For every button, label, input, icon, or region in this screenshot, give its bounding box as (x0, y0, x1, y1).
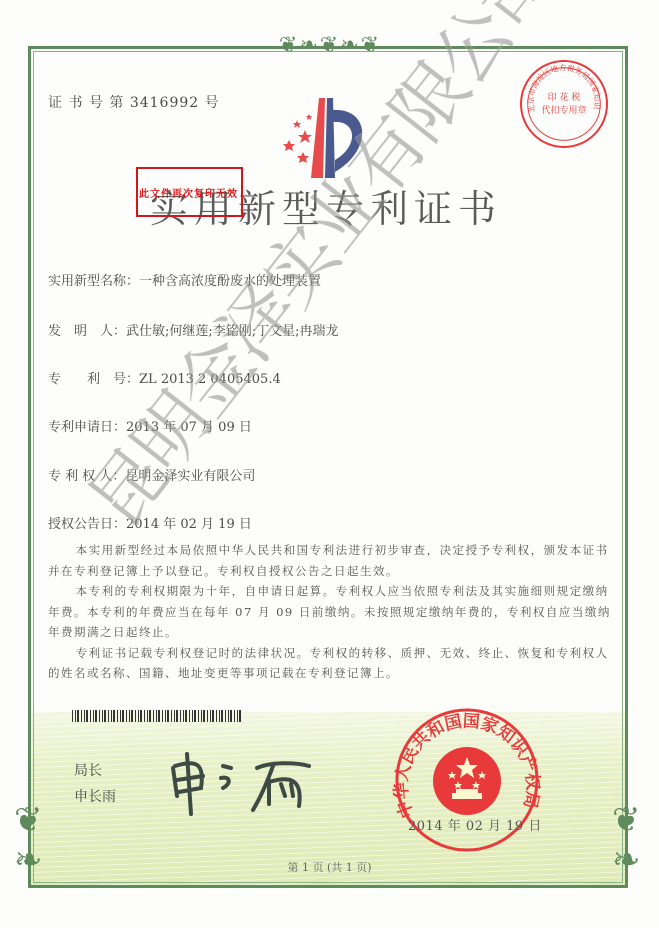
field-grant-date: 授权公告日：2014 年 02 月 19 日 (48, 513, 252, 532)
body-paragraph: 本专利的专利权期限为十年，自申请日起算。专利权人应当依照专利法及其实施细则规定缴… (48, 581, 618, 643)
certificate-number-value: 3416992 (130, 95, 199, 111)
field-inventors: 发 明 人：武仕敏;何继莲;李铭刚;丁文星;冉瑞龙 (48, 320, 339, 339)
certificate-number-suffix: 号 (205, 95, 220, 111)
director-title: 局长 (74, 758, 116, 784)
field-utility-model-name: 实用新型名称：一种含高浓度酚废水的处理装置 (48, 270, 321, 289)
seal-center-line2: 代扣专用章 (522, 105, 606, 118)
director-name: 申长雨 (74, 784, 116, 810)
certificate-number: 证 书 号 第 3416992 号 (48, 92, 220, 112)
page-indicator: 第 1 页 (共 1 页) (0, 859, 659, 875)
body-paragraph: 专利证书记载专利权登记时的法律状况。专利权的转移、质押、无效、终止、恢复和专利权… (48, 643, 618, 684)
signature-icon (165, 748, 315, 818)
field-application-date: 专利申请日：2013 年 07 月 09 日 (48, 416, 252, 435)
field-patent-number: 专 利 号：ZL 2013 2 0405405.4 (48, 368, 281, 387)
copy-notice-text: 此文件再次复印无效 (139, 185, 238, 200)
certificate-number-label: 证 书 号 第 (48, 95, 124, 111)
certificate-body-text: 本实用新型经过本局依照中华人民共和国专利法进行初步审查，决定授予专利权，颁发本证… (48, 540, 618, 684)
top-ornament-icon: ❦❧❦❧❦ (220, 30, 440, 62)
seal-center-line1: 印 花 税 (522, 92, 606, 105)
issue-date: 2014 年 02 月 19 日 (408, 815, 542, 834)
director-block: 局长 申长雨 (74, 758, 116, 810)
barcode (72, 710, 242, 722)
body-paragraph: 本实用新型经过本局依照中华人民共和国专利法进行初步审查，决定授予专利权，颁发本证… (48, 540, 618, 581)
field-patentee: 专 利 权 人：昆明金泽实业有限公司 (48, 465, 255, 484)
cnipa-logo-icon (275, 90, 375, 190)
stamp-duty-seal: 北京市海淀区地方税务局国家知识产权局 印 花 税 代扣专用章 (520, 60, 608, 148)
